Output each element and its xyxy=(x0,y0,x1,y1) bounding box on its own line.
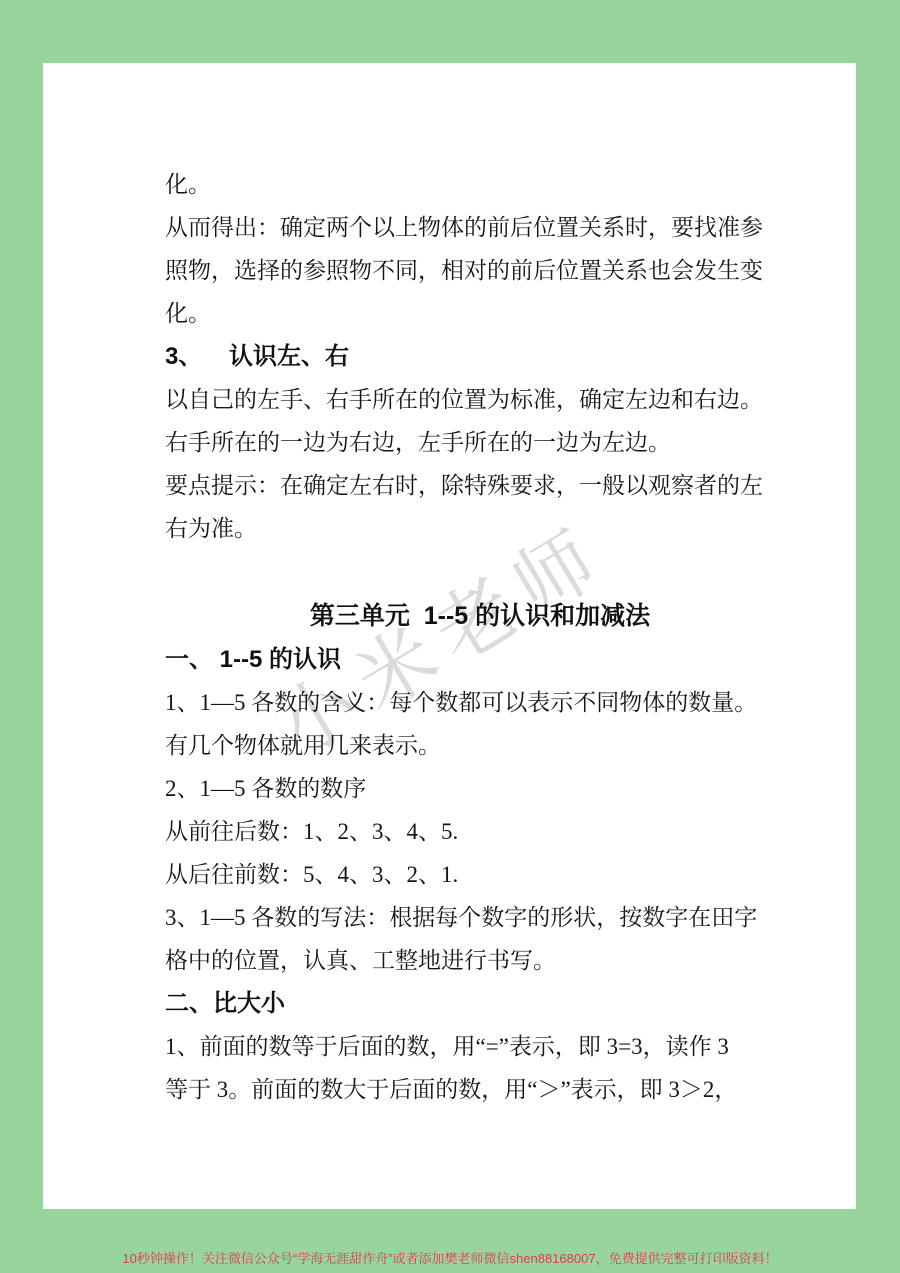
text-line-body: 2、1—5 各数的数序 xyxy=(165,767,795,810)
text-line-body: 1、1—5 各数的含义：每个数都可以表示不同物体的数量。 xyxy=(165,681,795,724)
text-line-heading: 一、 1--5 的认识 xyxy=(165,638,795,681)
screenshot-root: { "page": { "background_color": "#98d49e… xyxy=(0,0,900,1273)
text-line-body: 照物，选择的参照物不同，相对的前后位置关系也会发生变 xyxy=(165,249,795,292)
paper-page: 化。从而得出：确定两个以上物体的前后位置关系时，要找准参照物，选择的参照物不同，… xyxy=(43,63,856,1209)
text-line-body: 化。 xyxy=(165,163,795,206)
text-line-body: 从而得出：确定两个以上物体的前后位置关系时，要找准参 xyxy=(165,206,795,249)
text-line-body: 3、1—5 各数的写法：根据每个数字的形状，按数字在田字 xyxy=(165,896,795,939)
document-body: 化。从而得出：确定两个以上物体的前后位置关系时，要找准参照物，选择的参照物不同，… xyxy=(165,163,795,1111)
text-line-body: 1、前面的数等于后面的数，用“=”表示，即 3=3，读作 3 xyxy=(165,1025,795,1068)
promo-footer-text: 10秒钟操作！关注微信公众号“学海无涯甜作舟”或者添加樊老师微信shen8816… xyxy=(0,1251,900,1267)
text-line-heading: 3、 认识左、右 xyxy=(165,335,795,378)
text-line-body: 右手所在的一边为右边，左手所在的一边为左边。 xyxy=(165,421,795,464)
text-line-body: 从前往后数：1、2、3、4、5. xyxy=(165,810,795,853)
text-line-title: 第三单元 1--5 的认识和加减法 xyxy=(165,595,795,638)
text-line-body: 格中的位置，认真、工整地进行书写。 xyxy=(165,939,795,982)
text-line-body: 要点提示：在确定左右时，除特殊要求，一般以观察者的左 xyxy=(165,464,795,507)
text-line-body: 以自己的左手、右手所在的位置为标准，确定左边和右边。 xyxy=(165,378,795,421)
text-line-body: 化。 xyxy=(165,292,795,335)
text-line-heading: 二、比大小 xyxy=(165,982,795,1025)
text-line-body: 从后往前数：5、4、3、2、1. xyxy=(165,853,795,896)
text-line-body: 等于 3。前面的数大于后面的数，用“＞”表示，即 3＞2， xyxy=(165,1068,795,1111)
text-line-body: 有几个物体就用几来表示。 xyxy=(165,724,795,767)
text-line-body: 右为准。 xyxy=(165,507,795,550)
